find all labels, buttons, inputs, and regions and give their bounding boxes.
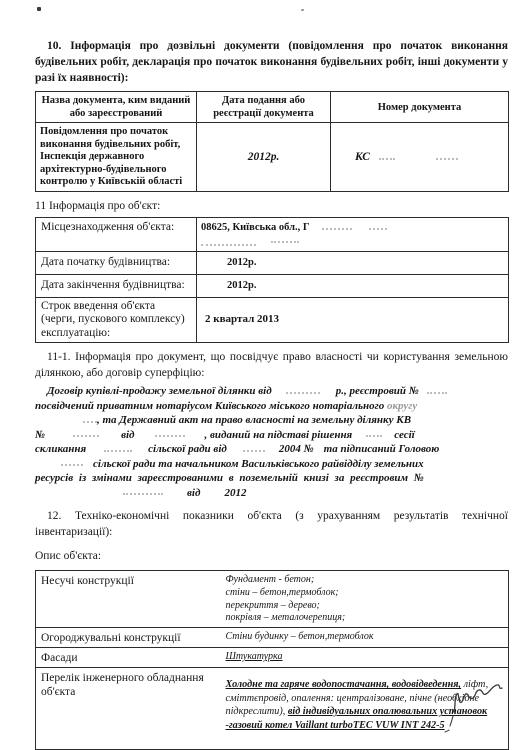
section-11-1-heading: 11-1. Інформація про документ, що посвід… <box>35 349 508 381</box>
section-11-heading: 11 Інформація про об'єкт: <box>35 198 508 214</box>
permits-table: Назва документа, ким виданий або зареєст… <box>35 91 509 192</box>
section-12-heading: 12. Техніко-економічні показники об'єкта… <box>35 508 508 540</box>
redaction-smudge <box>379 155 395 160</box>
desc-row-enclosing-structures: Огороджувальні конструкції Стіни будинку… <box>36 628 509 648</box>
object-value: 08625, Київська обл., Г <box>197 217 509 251</box>
object-row-location: Місцезнаходження об'єкта: 08625, Київськ… <box>36 217 509 251</box>
desc-value: Стіни будинку – бетон,термоблок <box>226 628 509 648</box>
legal-line-2: посвідчений приватним нотаріусом Київськ… <box>35 399 508 414</box>
permits-data-row: Повідомлення про початок виконання будів… <box>36 123 509 192</box>
permit-number-text: КС <box>355 151 370 163</box>
desc-label: Несучі конструкції <box>36 571 226 628</box>
desc-row-engineering-equipment: Перелік інженерного обладнання об'єкта Х… <box>36 668 509 750</box>
object-value: 2012р. <box>197 274 509 297</box>
document-page: 10. Інформація про дозвільні документи (… <box>35 0 508 750</box>
legal-line-3: , та Державний акт на право власності на… <box>35 413 508 428</box>
object-row-end-date: Дата закінчення будівництва: 2012р. <box>36 274 509 297</box>
legal-line-6: сільскої ради та начальником Васильківсь… <box>35 457 508 472</box>
desc-value: Штукатурка <box>226 648 509 668</box>
desc-value: Фундамент - бетон; стіни – бетон,термобл… <box>226 571 509 628</box>
desc-line: перекриття – дерево; <box>226 600 505 613</box>
redaction-smudge <box>436 155 458 160</box>
object-label: Місцезнаходження об'єкта: <box>36 217 197 251</box>
object-value: 2012р. <box>197 251 509 274</box>
desc-line: Фундамент - бетон; <box>226 574 505 587</box>
equipment-underlined-segment: Холодне та гаряче водопостачання, водові… <box>226 679 462 690</box>
redaction-smudge <box>322 225 352 230</box>
object-info-table: Місцезнаходження об'єкта: 08625, Київськ… <box>35 217 509 344</box>
object-row-commissioning: Строк введення об'єкта (черги, пускового… <box>36 297 509 343</box>
permit-number-cell: КС <box>331 123 509 192</box>
legal-line-7: ресурсів із змінами зареєстрованими в по… <box>35 471 508 486</box>
redaction-smudge <box>369 225 387 230</box>
land-document-paragraph: Договір купівлі-продажу земельної ділянк… <box>35 384 508 500</box>
section-10-heading: 10. Інформація про дозвільні документи (… <box>35 38 508 86</box>
object-label: Строк введення об'єкта (черги, пускового… <box>36 297 197 343</box>
desc-label: Огороджувальні конструкції <box>36 628 226 648</box>
legal-line-8: від2012 <box>35 486 508 501</box>
desc-label: Перелік інженерного обладнання об'єкта <box>36 668 226 750</box>
permits-header-name: Назва документа, ким виданий або зареєст… <box>36 92 197 123</box>
permit-date-cell: 2012р. <box>197 123 331 192</box>
object-label: Дата закінчення будівництва: <box>36 274 197 297</box>
description-table: Несучі конструкції Фундамент - бетон; ст… <box>35 570 509 750</box>
legal-line-1: Договір купівлі-продажу земельної ділянк… <box>35 384 508 399</box>
object-description-subheading: Опис об'єкта: <box>35 548 508 564</box>
permits-header-number: Номер документа <box>331 92 509 123</box>
permit-name-cell: Повідомлення про початок виконання будів… <box>36 123 197 192</box>
legal-line-4: №від, виданий на підставі рішеннясесії <box>35 428 508 443</box>
desc-label: Фасади <box>36 648 226 668</box>
desc-line: покрівля – металочерепиця; <box>226 612 505 625</box>
permits-header-date: Дата подання або реєстрації документа <box>197 92 331 123</box>
handwritten-mark <box>440 678 515 738</box>
redaction-smudge <box>271 238 299 243</box>
desc-line: стіни – бетон,термоблок; <box>226 587 505 600</box>
redaction-smudge <box>201 241 256 246</box>
desc-row-bearing-structures: Несучі конструкції Фундамент - бетон; ст… <box>36 571 509 628</box>
object-value: 2 квартал 2013 <box>197 297 509 343</box>
object-row-start-date: Дата початку будівництва: 2012р. <box>36 251 509 274</box>
legal-line-5: скликаннясільскої ради від2004 №та підпи… <box>35 442 508 457</box>
desc-row-facades: Фасади Штукатурка <box>36 648 509 668</box>
permits-header-row: Назва документа, ким виданий або зареєст… <box>36 92 509 123</box>
location-text: 08625, Київська обл., Г <box>201 222 310 233</box>
object-label: Дата початку будівництва: <box>36 251 197 274</box>
